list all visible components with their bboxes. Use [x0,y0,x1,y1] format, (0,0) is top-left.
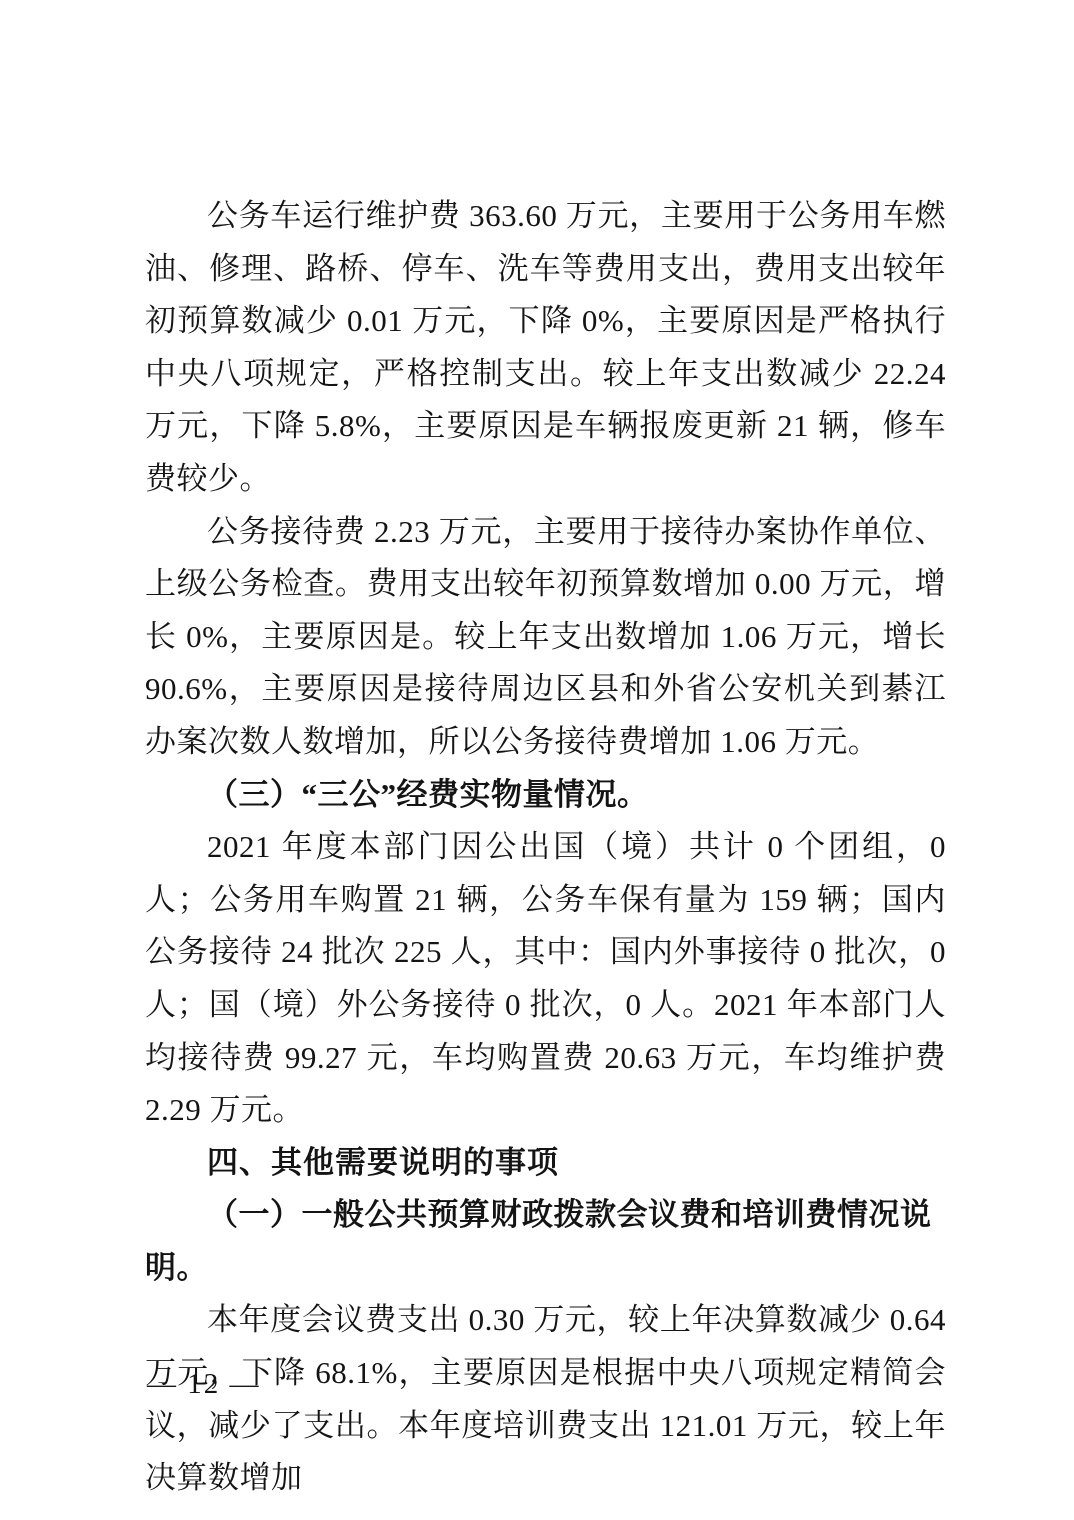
subheading-meeting-and-training-fee-note: （一）一般公共预算财政拨款会议费和培训费情况说明。 [145,1189,946,1294]
heading-section-four-other-matters: 四、其他需要说明的事项 [145,1137,946,1190]
document-body: 公务车运行维护费 363.60 万元，主要用于公务用车燃油、修理、路桥、停车、洗… [145,190,946,1505]
page-number: — 12 — [147,1368,261,1401]
document-page: 公务车运行维护费 363.60 万元，主要用于公务用车燃油、修理、路桥、停车、洗… [0,0,1074,1520]
paragraph-official-reception-expense: 公务接待费 2.23 万元，主要用于接待办案协作单位、上级公务检查。费用支出较年… [145,506,946,769]
paragraph-2021-statistics: 2021 年度本部门因公出国（境）共计 0 个团组，0 人；公务用车购置 21 … [145,821,946,1137]
subheading-three-public-expense-physical-quantity: （三）“三公”经费实物量情况。 [145,769,946,822]
paragraph-vehicle-maintenance-expense: 公务车运行维护费 363.60 万元，主要用于公务用车燃油、修理、路桥、停车、洗… [145,190,946,506]
paragraph-meeting-training-expense: 本年度会议费支出 0.30 万元，较上年决算数减少 0.64 万元，下降 68.… [145,1294,946,1504]
